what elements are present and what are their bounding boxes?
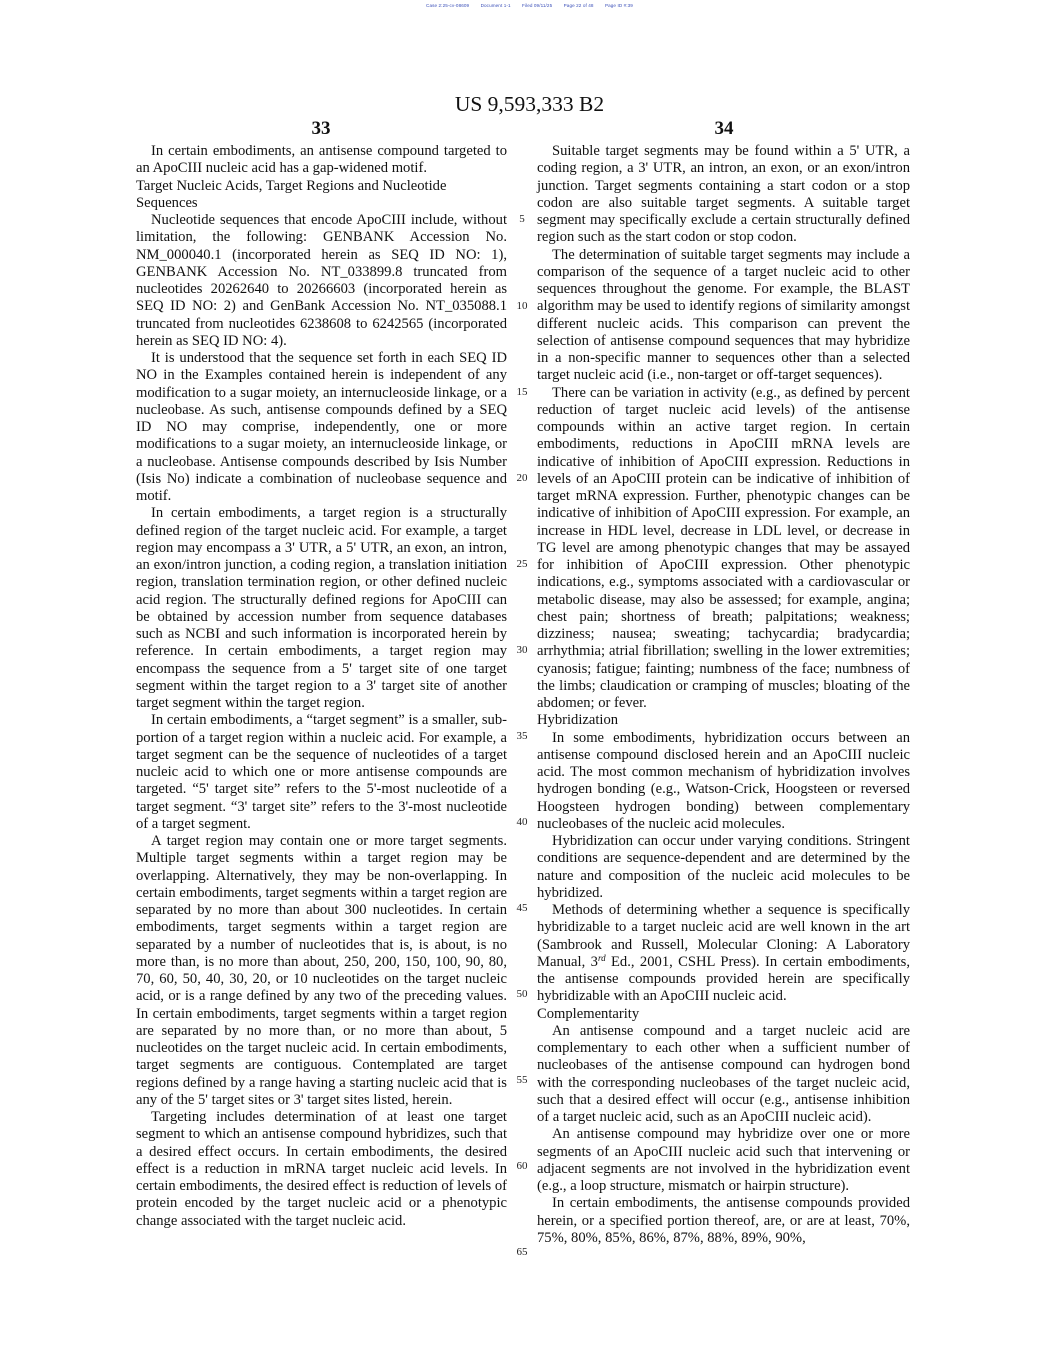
- line-number: 5: [512, 213, 532, 225]
- paragraph: Hybridization can occur under varying co…: [537, 833, 910, 902]
- right-text-column: Suitable target segments may be found wi…: [537, 143, 910, 1247]
- line-number: 65: [512, 1246, 532, 1258]
- paragraph: It is understood that the sequence set f…: [136, 350, 507, 505]
- section-heading: Hybridization: [537, 712, 910, 729]
- line-number: 35: [512, 730, 532, 742]
- page-id: Page ID #:39: [605, 3, 633, 8]
- paragraph: In certain embodiments, a target region …: [136, 505, 507, 712]
- paragraph: In certain embodiments, a “target segmen…: [136, 712, 507, 833]
- document-number: Document 1-1: [481, 3, 511, 8]
- column-number-left: 33: [291, 118, 351, 140]
- ordinal-superscript: rd: [598, 953, 606, 963]
- line-number: 25: [512, 558, 532, 570]
- line-number: 50: [512, 988, 532, 1000]
- line-number: 55: [512, 1074, 532, 1086]
- left-text-column: In certain embodiments, an antisense com…: [136, 143, 507, 1230]
- paragraph: In certain embodiments, an antisense com…: [136, 143, 507, 178]
- line-number: 40: [512, 816, 532, 828]
- filed-date: Filed 09/11/25: [522, 3, 552, 8]
- line-number: 20: [512, 472, 532, 484]
- paragraph: In certain embodiments, the antisense co…: [537, 1195, 910, 1247]
- line-number: 10: [512, 300, 532, 312]
- paragraph: The determination of suitable target seg…: [537, 247, 910, 385]
- patent-number: US 9,593,333 B2: [0, 92, 1059, 117]
- court-filing-header: Case 2:25-cv-08609 Document 1-1 Filed 09…: [0, 3, 1059, 8]
- paragraph: Targeting includes determination of at l…: [136, 1109, 507, 1230]
- section-heading: Complementarity: [537, 1006, 910, 1023]
- paragraph: In some embodiments, hybridization occur…: [537, 730, 910, 834]
- section-heading: Target Nucleic Acids, Target Regions and…: [136, 178, 507, 213]
- column-number-right: 34: [694, 118, 754, 140]
- paragraph: Suitable target segments may be found wi…: [537, 143, 910, 247]
- paragraph: An antisense compound may hybridize over…: [537, 1126, 910, 1195]
- line-number: 15: [512, 386, 532, 398]
- line-number: 45: [512, 902, 532, 914]
- page-count: Page 22 of 48: [564, 3, 594, 8]
- line-number: 30: [512, 644, 532, 656]
- line-number: 60: [512, 1160, 532, 1172]
- paragraph: Nucleotide sequences that encode ApoCIII…: [136, 212, 507, 350]
- paragraph: A target region may contain one or more …: [136, 833, 507, 1109]
- paragraph: An antisense compound and a target nucle…: [537, 1023, 910, 1127]
- case-number: Case 2:25-cv-08609: [426, 3, 469, 8]
- paragraph: Methods of determining whether a sequenc…: [537, 902, 910, 1006]
- paragraph: There can be variation in activity (e.g.…: [537, 385, 910, 713]
